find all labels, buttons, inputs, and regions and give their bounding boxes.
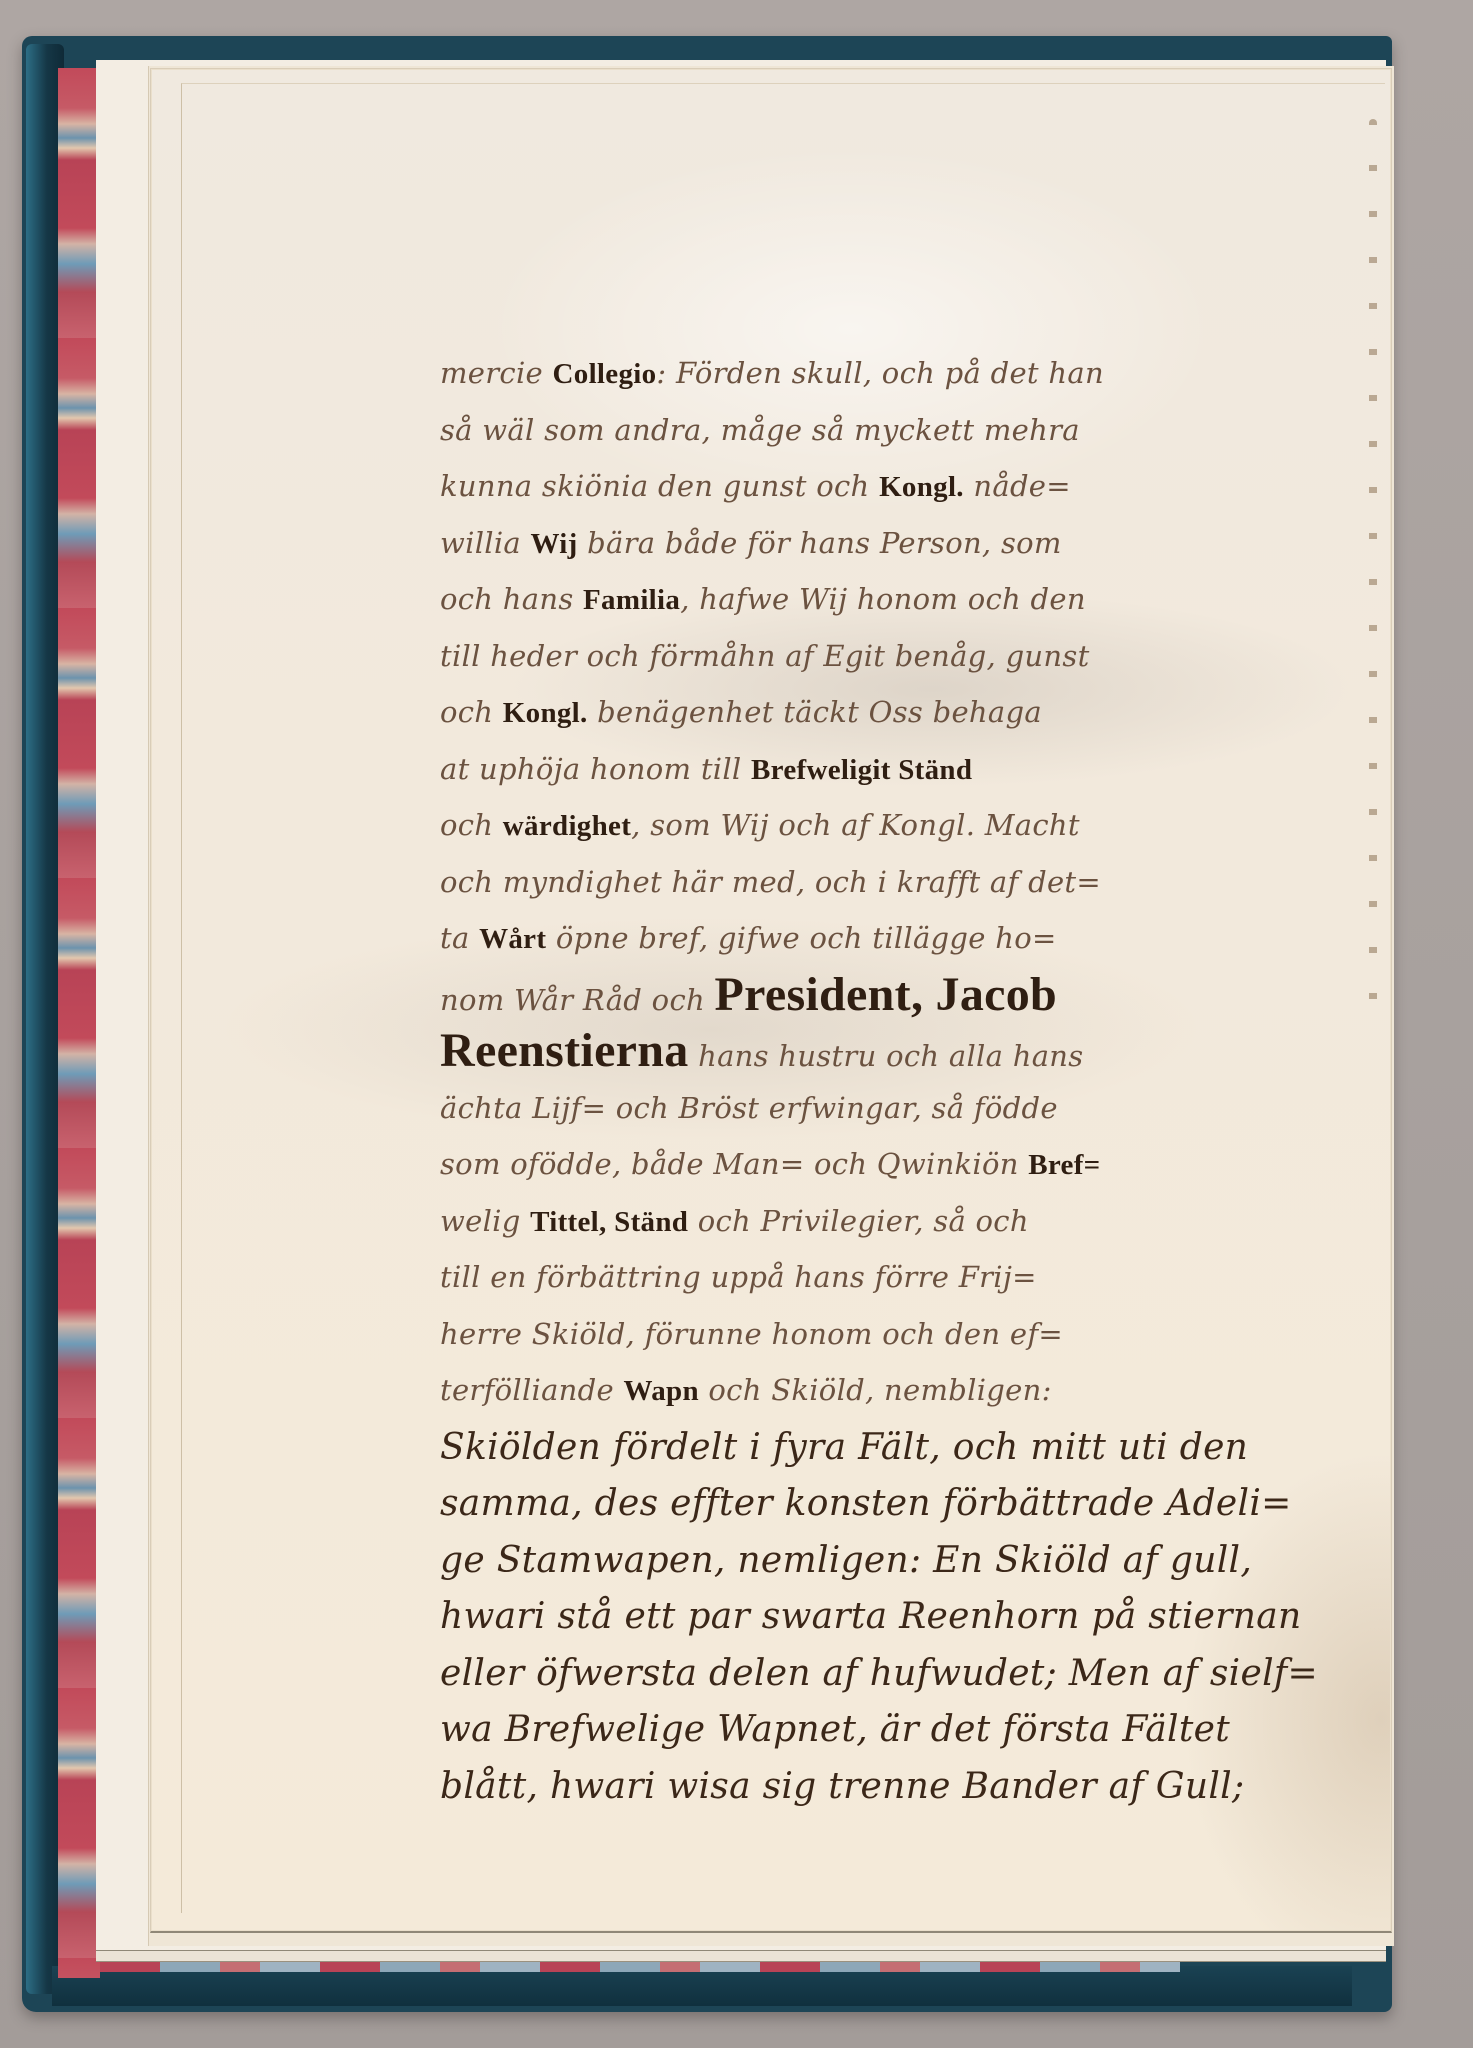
text-line-6: till heder och förmåhn af Egit benåg, gu… (440, 628, 1340, 685)
text-line-3: kunna skiönia den gunst och Kongl. nåde= (440, 458, 1340, 515)
text-line-21: samma, des effter konsten förbättrade Ad… (440, 1475, 1340, 1532)
text-line-4: willia Wij bära både för hans Person, so… (440, 515, 1340, 572)
text-line-1: mercie Collegio: Förden skull, och på de… (440, 345, 1340, 402)
stitch-holes (1369, 119, 1377, 1019)
text-line-25: wa Brefwelige Wapnet, är det första Fält… (440, 1701, 1340, 1758)
text-line-22: ge Stamwapen, nemligen: En Skiöld af gul… (440, 1532, 1340, 1589)
text-line-11: ta Wårt öpne bref, gifwe och tillägge ho… (440, 910, 1340, 967)
text-line-8: at uphöja honom till Brefweligit Ständ (440, 741, 1340, 798)
manuscript-text: mercie Collegio: Förden skull, och på de… (440, 345, 1340, 1814)
text-line-5: och hans Familia, hafwe Wij honom och de… (440, 571, 1340, 628)
page-bottom-edges (96, 1950, 1386, 1962)
text-line-2: så wäl som andra, måge så myckett mehra (440, 402, 1340, 459)
text-line-18: herre Skiöld, förunne honom och den ef= (440, 1306, 1340, 1363)
text-line-19: terfölliande Wapn och Skiöld, nembligen: (440, 1362, 1340, 1419)
text-line-24: eller öfwersta delen af hufwudet; Men af… (440, 1645, 1340, 1702)
text-line-14: ächta Lijf= och Bröst erfwingar, så född… (440, 1080, 1340, 1137)
text-line-20: Skiölden fördelt i fyra Fält, och mitt u… (440, 1419, 1340, 1476)
text-line-13: Reenstierna hans hustru och alla hans (440, 1023, 1340, 1080)
text-line-10: och myndighet här med, och i krafft af d… (440, 854, 1340, 911)
marbled-endpaper-left (58, 68, 100, 1978)
text-line-23: hwari stå ett par swarta Reenhorn på sti… (440, 1588, 1340, 1645)
text-line-16: welig Tittel, Ständ och Privilegier, så … (440, 1193, 1340, 1250)
text-line-9: och wärdighet, som Wij och af Kongl. Mac… (440, 797, 1340, 854)
text-line-17: till en förbättring uppå hans förre Frij… (440, 1249, 1340, 1306)
text-line-26: blått, hwari wisa sig trenne Bander af G… (440, 1758, 1340, 1815)
text-line-15: som ofödde, både Man= och Qwinkiön Bref= (440, 1136, 1340, 1193)
text-line-12: nom Wår Råd och President, Jacob (440, 967, 1340, 1024)
text-line-7: och Kongl. benägenhet täckt Oss behaga (440, 684, 1340, 741)
